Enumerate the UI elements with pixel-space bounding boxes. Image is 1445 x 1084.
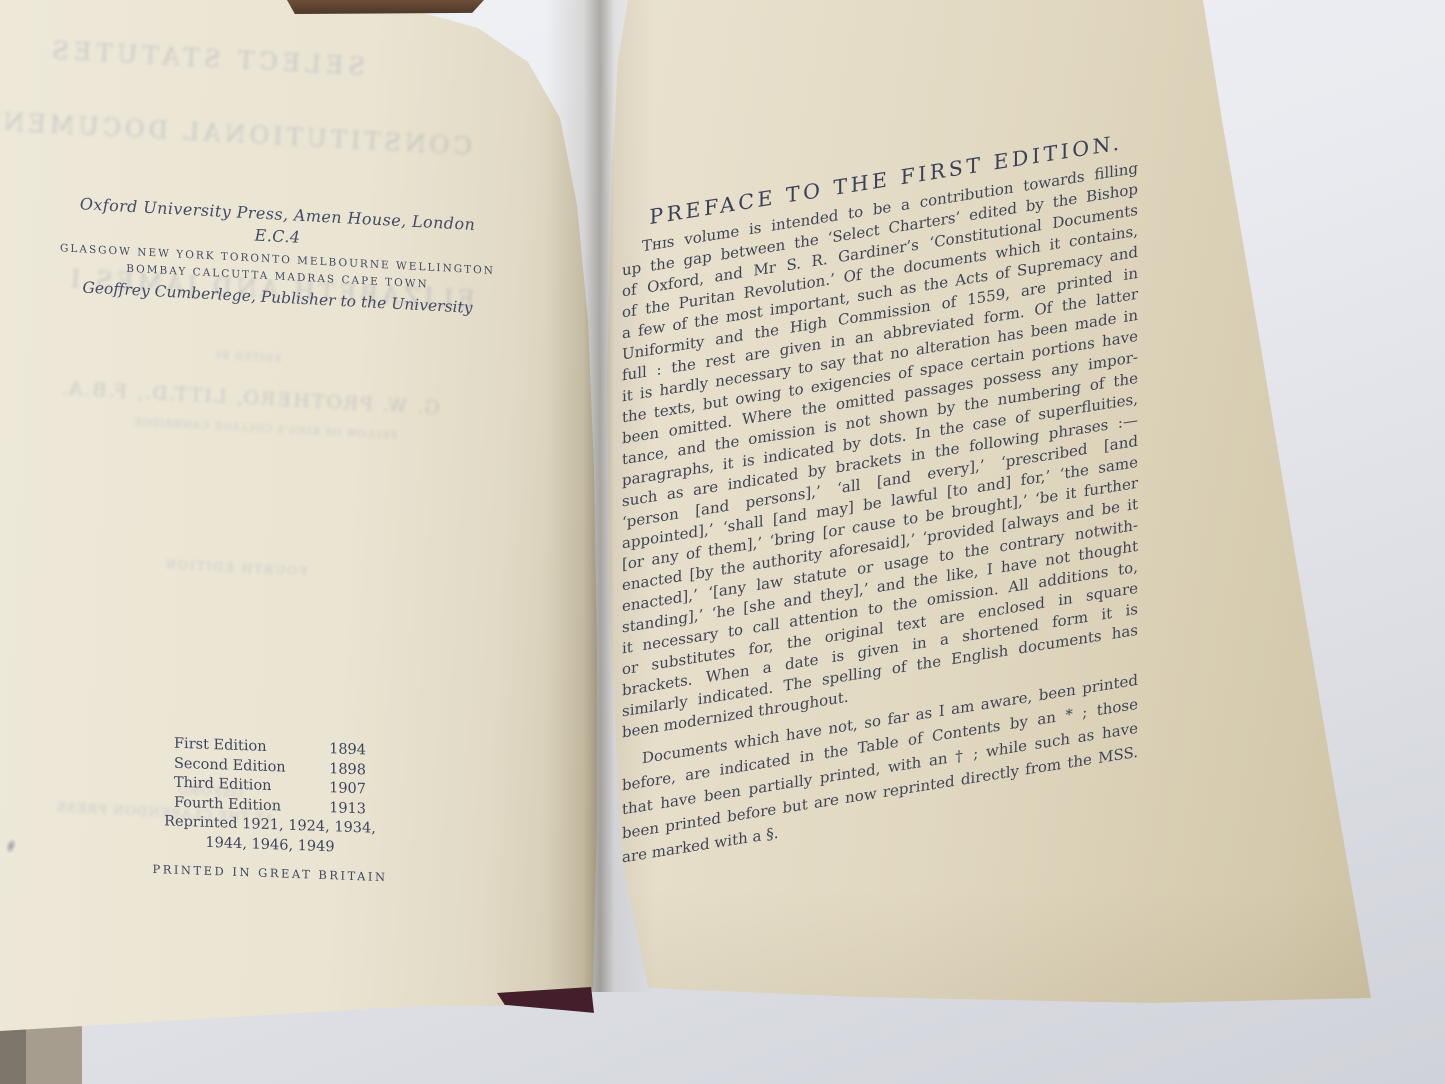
preface-text-block: PREFACE TO THE FIRST EDITION. Tʜɪs volum… — [600, 40, 1156, 873]
ghost-text-layer: SELECT STATUTESCONSTITUTIONAL DOCUMENTSE… — [0, 0, 620, 1084]
ghost-line: EDITED BY — [200, 350, 295, 366]
ghost-line: SELECT STATUTES — [104, 39, 365, 81]
ghost-line: FELLOW OF KING'S COLLEGE CAMBRIDGE — [95, 415, 435, 444]
ghost-line: CONSTITUTIONAL DOCUMENTS — [0, 107, 472, 160]
edition-history: First Edition1894Second Edition1898Third… — [125, 733, 415, 889]
book-photo: SELECT STATUTESCONSTITUTIONAL DOCUMENTSE… — [0, 0, 1445, 1084]
edition-year: 1907 — [329, 779, 366, 800]
ghost-line: FOURTH EDITION — [148, 556, 323, 579]
edition-year: 1894 — [329, 740, 366, 761]
preface-paragraph-1: Tʜɪs volume is intended to be a contribu… — [622, 158, 1138, 744]
edition-rows: First Edition1894Second Edition1898Third… — [125, 733, 415, 821]
ghost-line: G. W. PROTHERO, LITT.D., F.B.A. — [95, 379, 441, 419]
edition-year: 1898 — [329, 760, 366, 781]
edition-year: 1913 — [329, 799, 366, 820]
